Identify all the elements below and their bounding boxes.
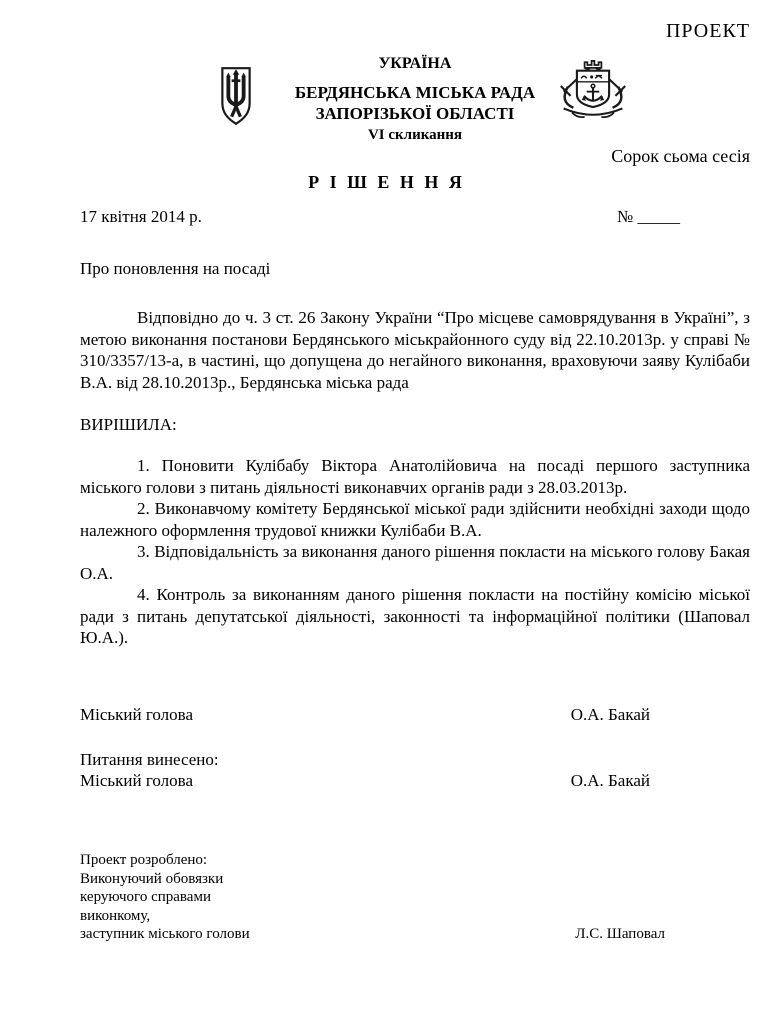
resolution-item-3: 3. Відповідальність за виконання даного … [80,541,750,584]
prepared-role-line: Виконуючий обовязки [80,870,750,889]
intro-paragraph: Відповідно до ч. 3 ст. 26 Закону України… [80,307,750,393]
prepared-signature-row: заступник міського голови Л.С. Шаповал [80,925,750,944]
document-page: ПРОЕКТ УКРАЇНА БЕРДЯНСЬКА МІСЬКА РАДА ЗА… [0,0,773,1024]
council-name: БЕРДЯНСЬКА МІСЬКА РАДА [255,82,575,103]
document-type-title: Р І Ш Е Н Н Я [0,172,773,193]
signature-title: Міський голова [80,705,193,725]
prepared-label: Проект розроблено: [80,851,750,870]
resolution-item-2: 2. Виконавчому комітету Бердянської місь… [80,498,750,541]
resolved-label: ВИРІШИЛА: [80,415,177,435]
issued-by-label: Питання винесено: [80,750,219,770]
document-number-blank: № _____ [617,207,680,227]
signature-row-mayor: Міський голова О.А. Бакай [80,705,750,725]
prepared-by-block: Проект розроблено: Виконуючий обовязки к… [80,851,750,944]
prepared-role-last: заступник міського голови [80,925,250,944]
resolution-items: 1. Поновити Кулібабу Віктора Анатолійови… [80,455,750,649]
convocation: VI скликання [255,127,575,144]
prepared-role-line: виконкому, [80,907,750,926]
header-center: УКРАЇНА БЕРДЯНСЬКА МІСЬКА РАДА ЗАПОРІЗЬК… [255,55,575,144]
signature-row-mayor-2: Міський голова О.А. Бакай [80,771,750,791]
signature-name: О.А. Бакай [571,771,650,791]
date-number-row: 17 квітня 2014 р. № _____ [80,207,680,227]
prepared-name: Л.С. Шаповал [575,925,665,944]
region-name: ЗАПОРІЗЬКОЇ ОБЛАСТІ [255,103,575,124]
session-title: Сорок сьома сесія [611,146,750,167]
resolution-item-4: 4. Контроль за виконанням даного рішення… [80,584,750,649]
resolution-item-1: 1. Поновити Кулібабу Віктора Анатолійови… [80,455,750,498]
draft-label: ПРОЕКТ [666,20,750,43]
signature-title: Міський голова [80,771,193,791]
prepared-role-line: керуючого справами [80,888,750,907]
subject-line: Про поновлення на посаді [80,259,270,279]
document-date: 17 квітня 2014 р. [80,207,202,227]
berdyansk-coat-of-arms-icon [551,55,635,129]
signature-name: О.А. Бакай [571,705,650,725]
ukraine-trident-icon [219,66,253,126]
country-name: УКРАЇНА [255,55,575,73]
